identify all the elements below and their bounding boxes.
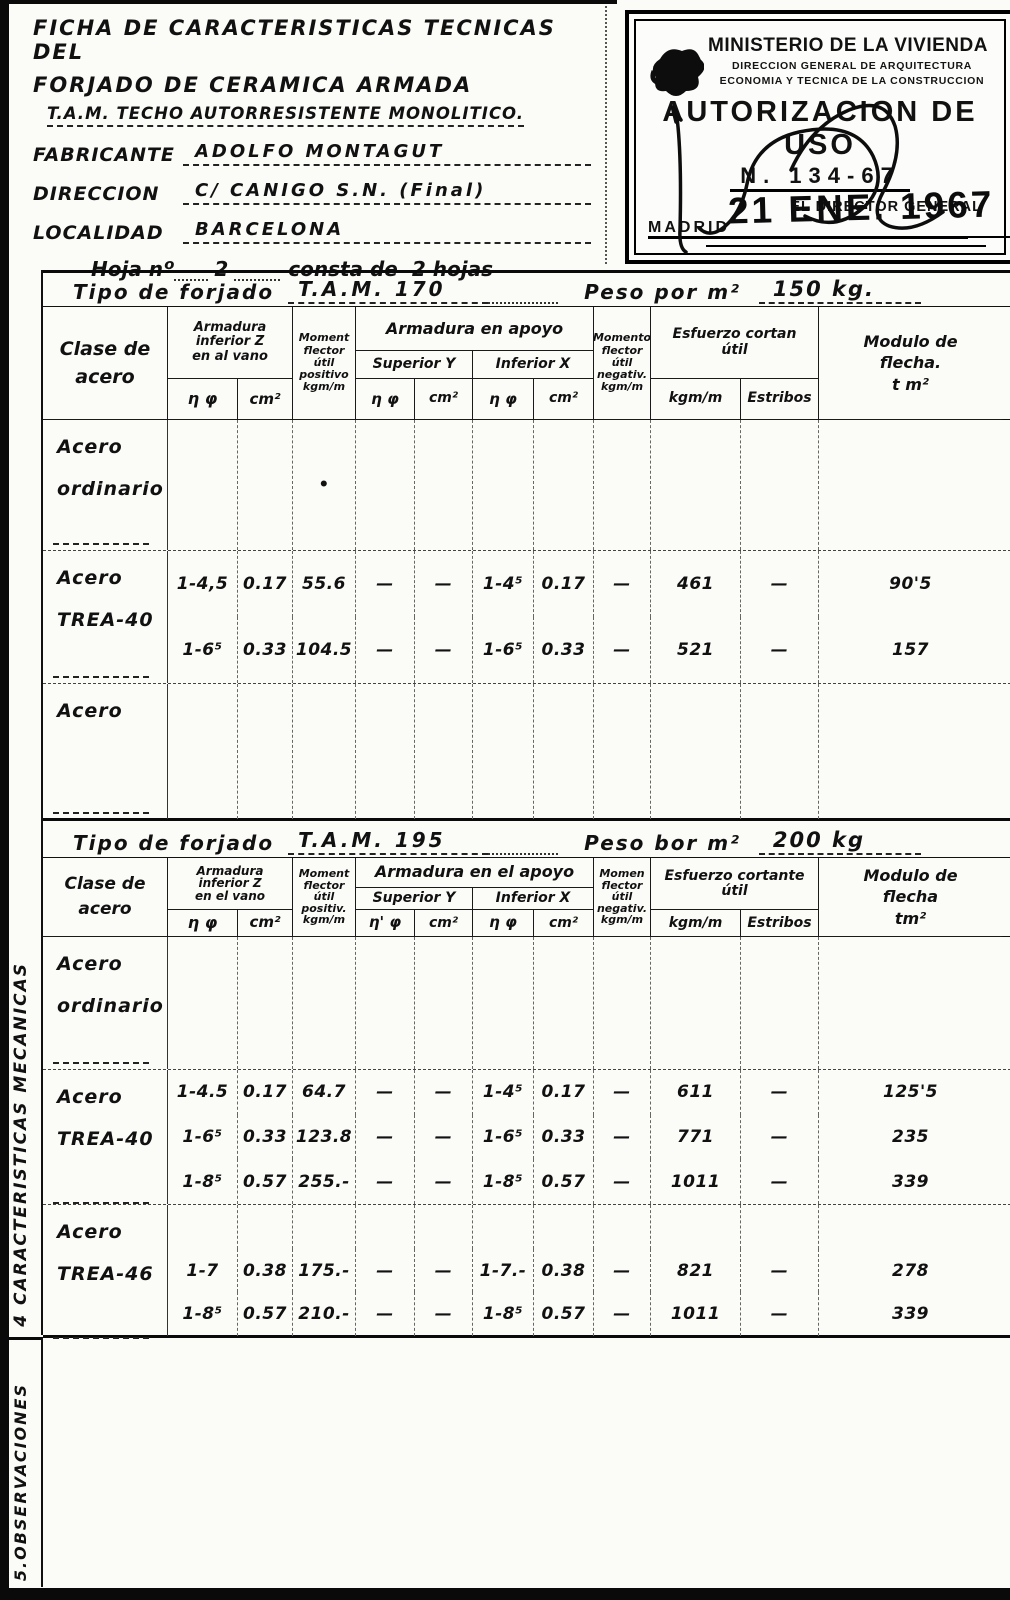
row-group-label: AceroTREA-46 (43, 1205, 168, 1336)
row-group-label: AceroTREA-40 (43, 551, 168, 683)
table-cell (473, 937, 534, 1069)
table-cell: 1-4⁵ (473, 1070, 534, 1115)
row-group-values: 1-4,50.1755.6——1-4⁵0.17—461—90'51-6⁵0.33… (168, 551, 1010, 683)
acero-class-label (43, 1295, 167, 1337)
table-cell (534, 420, 594, 550)
col-modulo-flecha: Modulo de flecha. t m² (819, 307, 1002, 420)
table1-header: Clase de acero Armadura inferior Z en al… (43, 307, 1010, 420)
table-cell (356, 684, 415, 819)
acero-class-label: Acero (43, 426, 167, 468)
table-cell (293, 684, 356, 819)
localidad-value: BARCELONA (183, 219, 591, 244)
page-bottom-border (9, 1588, 1010, 1600)
table-cell (534, 684, 594, 819)
signature-line2 (706, 245, 986, 247)
table-cell: 210.- (293, 1292, 356, 1336)
table-cell: 0.17 (534, 551, 594, 617)
table-cell: — (356, 1115, 415, 1160)
field-direccion: DIRECCION C/ CANIGO S.N. (Final) (33, 180, 605, 205)
table-cell: 1-6⁵ (168, 617, 238, 683)
col-estribos: Estribos (741, 379, 819, 420)
table-cell: — (741, 551, 819, 617)
table-cell: 123.8 (293, 1115, 356, 1160)
table-cell (819, 420, 1002, 550)
row-group-acero-trea46: AceroTREA-461-70.38175.-——1-7.-0.38—821—… (43, 1205, 1010, 1336)
table-cell: — (356, 1159, 415, 1204)
table-cell: 461 (651, 551, 741, 617)
table-cell: — (594, 1159, 651, 1204)
row-group-acero-ordinario: Aceroordinario (43, 937, 1010, 1070)
form-title-line2: FORJADO DE CERAMICA ARMADA (33, 73, 605, 97)
table-cell: 104.5 (293, 617, 356, 683)
fabricante-label: FABRICANTE (33, 144, 183, 166)
table-cell: — (594, 1249, 651, 1293)
dashed-rule (53, 812, 149, 814)
row-group-acero-blank: Acero (43, 684, 1010, 819)
col-clase-acero: Clase de acero (43, 858, 168, 937)
col-esfuerzo-cortante: Esfuerzo cortante útil (651, 858, 819, 910)
table-cell (594, 420, 651, 550)
table-cell: 339 (819, 1159, 1002, 1204)
acero-class-label (43, 1160, 167, 1202)
tipo-forjado-value: T.A.M. 195 (288, 828, 488, 855)
ministry-name: MINISTERIO DE LA VIVIENDA (700, 35, 996, 57)
col-inf-nphi: η φ (473, 910, 534, 937)
table-cell: — (594, 1070, 651, 1115)
table-tam-195: Tipo de forjado T.A.M. 195 Peso bor m² 2… (43, 821, 1010, 1338)
field-localidad: LOCALIDAD BARCELONA (33, 219, 605, 244)
table-cell (819, 684, 1002, 819)
table-cell (168, 420, 238, 550)
section4-label: 4 CARACTERISTICAS MECANICAS (11, 962, 31, 1327)
table-cell: 0.33 (238, 1115, 293, 1160)
table-cell: 0.57 (238, 1292, 293, 1336)
table-tam-170: Tipo de forjado T.A.M. 170 Peso por m² 1… (43, 273, 1010, 821)
acero-class-label: Acero (43, 943, 167, 985)
table-cell: 1-6⁵ (473, 617, 534, 683)
tipo-forjado-label: Tipo de forjado (73, 280, 274, 304)
acero-class-label: TREA-40 (43, 1118, 167, 1160)
table-row (168, 1205, 1010, 1249)
table-cell (238, 1205, 293, 1249)
table-cell: 278 (819, 1249, 1002, 1293)
col-vano-cm2: cm² (238, 379, 293, 420)
date-stamp: 21 ENE. 1967 (727, 184, 994, 233)
table-cell: 0.38 (534, 1249, 594, 1293)
table-cell: 1011 (651, 1292, 741, 1336)
table-cell: — (594, 1292, 651, 1336)
table-cell: 771 (651, 1115, 741, 1160)
table-cell: 0.17 (534, 1070, 594, 1115)
crest-icon (646, 41, 704, 107)
table-row (168, 937, 1010, 1069)
table2-caption: Tipo de forjado T.A.M. 195 Peso bor m² 2… (43, 821, 1010, 858)
table-cell (594, 937, 651, 1069)
peso-label: Peso bor m² (584, 831, 741, 855)
table-cell: 821 (651, 1249, 741, 1293)
col-inferior-x: Inferior X (473, 888, 594, 910)
table-cell (651, 420, 741, 550)
table-cell: 1-7.- (473, 1249, 534, 1293)
col-armadura-apoyo: Armadura en el apoyo (356, 858, 594, 888)
direccion-value: C/ CANIGO S.N. (Final) (183, 180, 591, 205)
table-cell: 255.- (293, 1159, 356, 1204)
table-cell: — (356, 1070, 415, 1115)
table-cell: — (741, 1070, 819, 1115)
fabricante-value: ADOLFO MONTAGUT (183, 141, 591, 166)
localidad-label: LOCALIDAD (33, 222, 183, 244)
peso-value: 150 kg. (759, 277, 921, 304)
table-cell: 55.6 (293, 551, 356, 617)
col-armadura-vano: Armadura inferior Z en el vano (168, 858, 293, 910)
table-cell (594, 1205, 651, 1249)
table-cell (594, 684, 651, 819)
table-cell: 521 (651, 617, 741, 683)
table-cell (356, 420, 415, 550)
col-sup-cm2: cm² (415, 379, 473, 420)
col-vano-nphi: η φ (168, 910, 238, 937)
table-cell (741, 1205, 819, 1249)
table-cell: — (356, 617, 415, 683)
table-cell (651, 684, 741, 819)
table-cell: — (594, 551, 651, 617)
table-cell (293, 937, 356, 1069)
field-fabricante: FABRICANTE ADOLFO MONTAGUT (33, 141, 605, 166)
table-cell: — (415, 1249, 473, 1293)
peso-label: Peso por m² (584, 280, 741, 304)
peso-value: 200 kg (759, 828, 921, 855)
dashed-rule (53, 1062, 149, 1064)
table-cell: 0.57 (534, 1159, 594, 1204)
stamp-subline2: ECONOMIA Y TECNICA DE LA CONSTRUCCION (700, 75, 1004, 87)
row-group-values: 1-70.38175.-——1-7.-0.38—821—2781-8⁵0.572… (168, 1205, 1010, 1336)
table-row: 1-70.38175.-——1-7.-0.38—821—278 (168, 1249, 1010, 1293)
table-row: 1-4.50.1764.7——1-4⁵0.17—611—125'5 (168, 1070, 1010, 1115)
table-cell: 0.17 (238, 551, 293, 617)
col-inf-nphi: η φ (473, 379, 534, 420)
table-cell: — (356, 551, 415, 617)
col-esfuerzo-kgm: kgm/m (651, 910, 741, 937)
col-vano-nphi: η φ (168, 379, 238, 420)
col-momento-positivo: Moment flector útil positiv. kgm/m (293, 858, 356, 937)
table-cell (356, 937, 415, 1069)
table-row: 1-8⁵0.57210.-——1-8⁵0.57—1011—339 (168, 1292, 1010, 1336)
row-group-acero-ordinario: Aceroordinario• (43, 420, 1010, 551)
col-superior-y: Superior Y (356, 888, 473, 910)
table-cell (168, 937, 238, 1069)
col-inferior-x: Inferior X (473, 351, 594, 379)
table-cell (741, 420, 819, 550)
table-cell: 0.57 (534, 1292, 594, 1336)
table-cell (819, 937, 1002, 1069)
row-group-values (168, 937, 1010, 1069)
dotted-leader (488, 841, 558, 855)
table-cell: 64.7 (293, 1070, 356, 1115)
title-block: FICHA DE CARACTERISTICAS TECNICAS DEL FO… (9, 6, 607, 264)
table-cell (168, 1205, 238, 1249)
table-cell: 1-4⁵ (473, 551, 534, 617)
acero-class-label: TREA-40 (43, 599, 167, 641)
dashed-rule (53, 543, 149, 545)
form-title-line1: FICHA DE CARACTERISTICAS TECNICAS DEL (33, 16, 605, 64)
table-cell (293, 1205, 356, 1249)
table-cell: 0.57 (238, 1159, 293, 1204)
table-cell: 1-6⁵ (473, 1115, 534, 1160)
row-group-label: Acero (43, 684, 168, 819)
table1-caption: Tipo de forjado T.A.M. 170 Peso por m² 1… (43, 273, 1010, 307)
table-cell (238, 420, 293, 550)
col-sup-nphi: η' φ (356, 910, 415, 937)
table-cell (168, 684, 238, 819)
acero-class-label: ordinario (43, 985, 167, 1027)
row-group-label: Aceroordinario (43, 937, 168, 1069)
table-cell (534, 937, 594, 1069)
table2-header: Clase de acero Armadura inferior Z en el… (43, 858, 1010, 937)
col-inf-cm2: cm² (534, 379, 594, 420)
table-cell: 1-4.5 (168, 1070, 238, 1115)
direccion-label: DIRECCION (33, 183, 183, 205)
table-cell: — (741, 1159, 819, 1204)
table-cell: 0.33 (534, 1115, 594, 1160)
dashed-rule (53, 676, 149, 678)
table-cell: 339 (819, 1292, 1002, 1336)
table-cell: — (415, 1292, 473, 1336)
table-cell: — (415, 1070, 473, 1115)
table-cell: 1-4,5 (168, 551, 238, 617)
scanned-form-page: FICHA DE CARACTERISTICAS TECNICAS DEL FO… (0, 0, 1010, 1600)
row-group-values: 1-4.50.1764.7——1-4⁵0.17—611—125'51-6⁵0.3… (168, 1070, 1010, 1204)
table-cell (473, 684, 534, 819)
section5-label: 5.OBSERVACIONES (11, 1383, 30, 1581)
col-armadura-apoyo: Armadura en apoyo (356, 307, 594, 351)
table-cell (741, 684, 819, 819)
table-cell: — (594, 1115, 651, 1160)
table-cell (238, 684, 293, 819)
table-cell (473, 1205, 534, 1249)
table-cell: 0.33 (534, 617, 594, 683)
table-cell: — (741, 617, 819, 683)
row-group-values: • (168, 420, 1010, 550)
table-cell: — (741, 1292, 819, 1336)
col-esfuerzo-cortante: Esfuerzo cortan útil (651, 307, 819, 379)
table-cell (473, 420, 534, 550)
table-cell: • (293, 420, 356, 550)
table-row: 1-8⁵0.57255.-——1-8⁵0.57—1011—339 (168, 1159, 1010, 1204)
table-row (168, 684, 1010, 819)
table-cell: — (415, 551, 473, 617)
dotted-leader (488, 290, 558, 304)
main-content: Tipo de forjado T.A.M. 170 Peso por m² 1… (43, 270, 1010, 1587)
observaciones-area (43, 1338, 1010, 1588)
stamp-subline1: DIRECCION GENERAL DE ARQUITECTURA (700, 60, 1004, 72)
table-cell: 1011 (651, 1159, 741, 1204)
table-cell: 0.17 (238, 1070, 293, 1115)
table-cell: 1-8⁵ (473, 1159, 534, 1204)
col-esfuerzo-kgm: kgm/m (651, 379, 741, 420)
col-momento-negativo: Momento flector útil negativ. kgm/m (594, 307, 651, 420)
table-cell: 0.33 (238, 617, 293, 683)
table-cell: 90'5 (819, 551, 1002, 617)
col-sup-nphi: η φ (356, 379, 415, 420)
acero-class-label: ordinario (43, 468, 167, 510)
col-clase-acero: Clase de acero (43, 307, 168, 420)
col-inf-cm2: cm² (534, 910, 594, 937)
dashed-rule (53, 1202, 149, 1204)
col-vano-cm2: cm² (238, 910, 293, 937)
pen-strike-line (657, 236, 1010, 238)
table-cell (415, 1205, 473, 1249)
col-superior-y: Superior Y (356, 351, 473, 379)
table-cell: 1-7 (168, 1249, 238, 1293)
table-cell: — (415, 1115, 473, 1160)
table-cell: — (356, 1249, 415, 1293)
col-momento-negativo: Momen flector útil negativ. kgm/m (594, 858, 651, 937)
dashed-rule (53, 1337, 149, 1339)
row-group-label: AceroTREA-40 (43, 1070, 168, 1204)
table-cell: 175.- (293, 1249, 356, 1293)
table-cell (819, 1205, 1002, 1249)
table-cell: — (741, 1115, 819, 1160)
section5-strip: 5.OBSERVACIONES (9, 1337, 43, 1587)
col-armadura-vano: Armadura inferior Z en al vano (168, 307, 293, 379)
form-title-line3: T.A.M. TECHO AUTORRESISTENTE MONOLITICO. (47, 104, 524, 127)
table-cell: — (415, 1159, 473, 1204)
table-row: 1-6⁵0.33104.5——1-6⁵0.33—521—157 (168, 617, 1010, 683)
table-cell (238, 937, 293, 1069)
acero-class-label: Acero (43, 1211, 167, 1253)
madrid-label: MADRID (648, 219, 730, 237)
col-estribos: Estribos (741, 910, 819, 937)
table-cell: 1-6⁵ (168, 1115, 238, 1160)
table-cell (651, 1205, 741, 1249)
table-cell: — (741, 1249, 819, 1293)
table-cell: — (356, 1292, 415, 1336)
row-group-acero-trea40: AceroTREA-401-4,50.1755.6——1-4⁵0.17—461—… (43, 551, 1010, 684)
table-cell (651, 937, 741, 1069)
acero-class-label: Acero (43, 557, 167, 599)
row-group-values (168, 684, 1010, 819)
table-cell: 235 (819, 1115, 1002, 1160)
table-cell: — (415, 617, 473, 683)
table-cell: 1-8⁵ (473, 1292, 534, 1336)
table-cell: 125'5 (819, 1070, 1002, 1115)
table-cell: 611 (651, 1070, 741, 1115)
table-row: • (168, 420, 1010, 550)
acero-class-label: TREA-46 (43, 1253, 167, 1295)
table-row: 1-4,50.1755.6——1-4⁵0.17—461—90'5 (168, 551, 1010, 617)
col-momento-positivo: Moment flector útil positivo kgm/m (293, 307, 356, 420)
table-cell: 157 (819, 617, 1002, 683)
table-cell (741, 937, 819, 1069)
table-cell (356, 1205, 415, 1249)
authorization-stamp-box: MINISTERIO DE LA VIVIENDA DIRECCION GENE… (625, 10, 1010, 264)
table-cell (415, 684, 473, 819)
section4-strip: 4 CARACTERISTICAS MECANICAS (9, 270, 43, 1335)
row-group-label: Aceroordinario (43, 420, 168, 550)
stamp-inner-frame: MINISTERIO DE LA VIVIENDA DIRECCION GENE… (634, 19, 1006, 255)
tipo-forjado-label: Tipo de forjado (73, 831, 274, 855)
table-cell (534, 1205, 594, 1249)
acero-class-label (43, 732, 167, 774)
table-row: 1-6⁵0.33123.8——1-6⁵0.33—771—235 (168, 1115, 1010, 1160)
acero-class-label: Acero (43, 690, 167, 732)
acero-class-label: Acero (43, 1076, 167, 1118)
table-cell (415, 937, 473, 1069)
row-group-acero-trea40: AceroTREA-401-4.50.1764.7——1-4⁵0.17—611—… (43, 1070, 1010, 1205)
col-sup-cm2: cm² (415, 910, 473, 937)
table-cell: 1-8⁵ (168, 1292, 238, 1336)
col-modulo-flecha: Modulo de flecha tm² (819, 858, 1002, 937)
tipo-forjado-value: T.A.M. 170 (288, 277, 488, 304)
table-cell: 1-8⁵ (168, 1159, 238, 1204)
table-cell: 0.38 (238, 1249, 293, 1293)
table-cell: — (594, 617, 651, 683)
table-cell (415, 420, 473, 550)
